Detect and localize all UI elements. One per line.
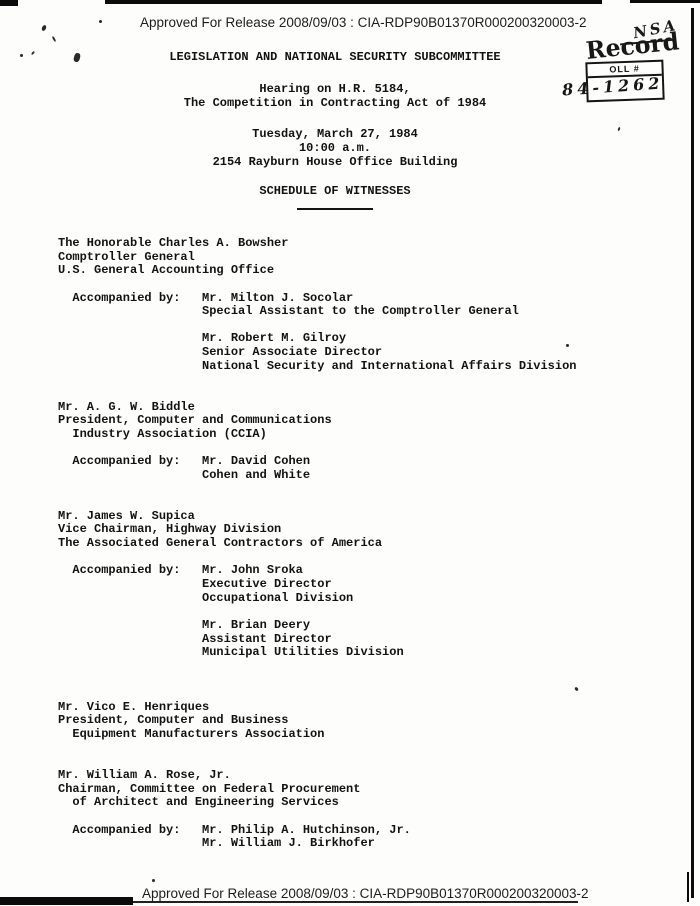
document-line — [58, 496, 576, 510]
document-title-block: LEGISLATION AND NATIONAL SECURITY SUBCOM… — [0, 0, 670, 230]
title-line: 2154 Rayburn House Office Building — [0, 156, 670, 170]
document-line: Industry Association (CCIA) — [58, 428, 576, 442]
document-line: Accompanied by: Mr. John Sroka — [58, 564, 576, 578]
document-line — [58, 373, 576, 387]
footer-underline — [133, 901, 578, 903]
document-line: Assistant Director — [58, 633, 576, 647]
document-line — [58, 674, 576, 688]
document-line: Chairman, Committee on Federal Procureme… — [58, 783, 576, 797]
document-line: The Associated General Contractors of Am… — [58, 537, 576, 551]
document-line: Mr. Vico E. Henriques — [58, 701, 576, 715]
document-line: National Security and International Affa… — [58, 360, 576, 374]
document-line — [58, 319, 576, 333]
document-line — [58, 483, 576, 497]
document-line: Mr. William J. Birkhofer — [58, 837, 576, 851]
document-line: Mr. Robert M. Gilroy — [58, 332, 576, 346]
title-line: Hearing on H.R. 5184, — [0, 83, 670, 97]
scanned-document-page: Approved For Release 2008/09/03 : CIA-RD… — [0, 0, 700, 906]
title-line: LEGISLATION AND NATIONAL SECURITY SUBCOM… — [0, 51, 670, 65]
document-line: Accompanied by: Mr. Philip A. Hutchinson… — [58, 824, 576, 838]
document-line: Accompanied by: Mr. Milton J. Socolar — [58, 292, 576, 306]
document-line — [58, 755, 576, 769]
document-line: U.S. General Accounting Office — [58, 264, 576, 278]
classification-footer: Approved For Release 2008/09/03 : CIA-RD… — [142, 886, 589, 901]
title-line: 10:00 a.m. — [0, 142, 670, 156]
document-line: Accompanied by: Mr. David Cohen — [58, 455, 576, 469]
document-line — [58, 687, 576, 701]
document-line — [58, 660, 576, 674]
title-underline — [297, 208, 373, 210]
document-line — [58, 551, 576, 565]
document-line: President, Computer and Business — [58, 714, 576, 728]
document-line: Special Assistant to the Comptroller Gen… — [58, 305, 576, 319]
document-line: Occupational Division — [58, 592, 576, 606]
document-line: Mr. William A. Rose, Jr. — [58, 769, 576, 783]
document-line — [58, 810, 576, 824]
document-line: Mr. A. G. W. Biddle — [58, 401, 576, 415]
document-line: Municipal Utilities Division — [58, 646, 576, 660]
document-line: Vice Chairman, Highway Division — [58, 523, 576, 537]
document-line — [58, 742, 576, 756]
document-line — [58, 278, 576, 292]
document-line: of Architect and Engineering Services — [58, 796, 576, 810]
witness-list: The Honorable Charles A. BowsherComptrol… — [58, 237, 576, 851]
ink-speck — [152, 879, 155, 882]
document-line: Mr. James W. Supica — [58, 510, 576, 524]
document-line — [58, 442, 576, 456]
document-line: Mr. Brian Deery — [58, 619, 576, 633]
document-line: Executive Director — [58, 578, 576, 592]
document-line: The Honorable Charles A. Bowsher — [58, 237, 576, 251]
title-line: The Competition in Contracting Act of 19… — [0, 97, 670, 111]
scan-artifact-bottom-bar — [0, 897, 133, 905]
document-line: President, Computer and Communications — [58, 414, 576, 428]
scan-artifact-right-edge-2 — [687, 872, 689, 902]
document-line — [58, 387, 576, 401]
document-line — [58, 605, 576, 619]
document-line: Cohen and White — [58, 469, 576, 483]
document-line: Senior Associate Director — [58, 346, 576, 360]
title-line: SCHEDULE OF WITNESSES — [0, 185, 670, 199]
title-line: Tuesday, March 27, 1984 — [0, 128, 670, 142]
document-line: Comptroller General — [58, 251, 576, 265]
document-line: Equipment Manufacturers Association — [58, 728, 576, 742]
scan-artifact-right-edge — [691, 8, 694, 898]
